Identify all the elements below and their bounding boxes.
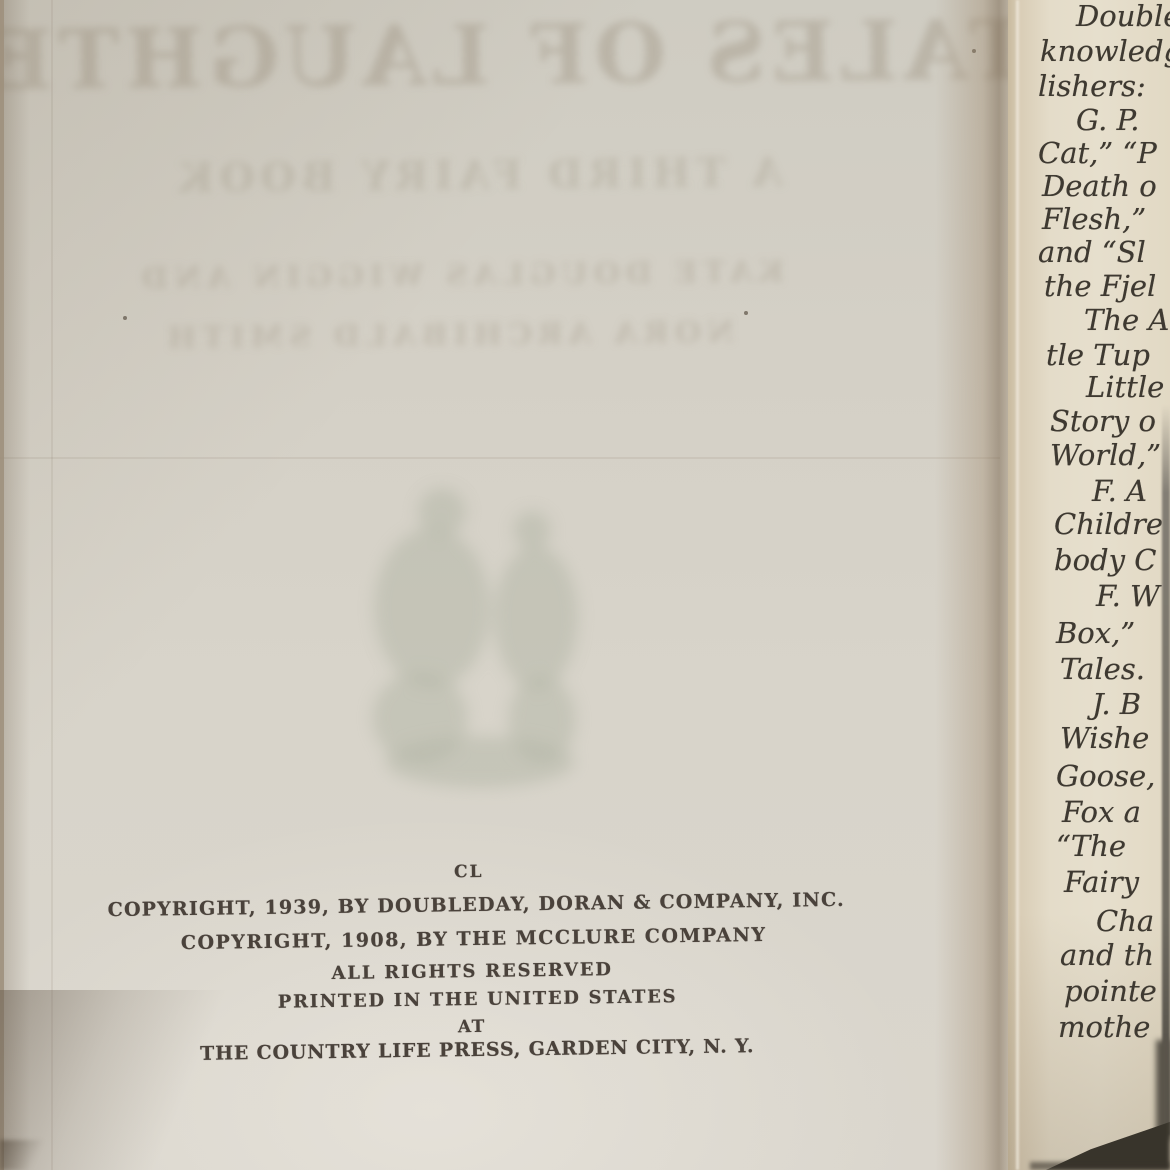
right-page-line: Childre	[1054, 510, 1163, 539]
right-page-line: Wishe	[1060, 724, 1149, 753]
bottom-left-dark-edge	[0, 1140, 46, 1170]
right-page-edge-highlight	[1016, 0, 1019, 1170]
right-page-line: knowledg	[1040, 37, 1170, 66]
right-page-line: Cat,” “P	[1038, 139, 1157, 168]
printed-in-us-line: PRINTED IN THE UNITED STATES	[278, 986, 678, 1013]
copyright-line-1908: COPYRIGHT, 1908, BY THE MCCLURE COMPANY	[181, 924, 767, 954]
right-page-line: Tales.	[1060, 655, 1145, 684]
right-page-line: pointe	[1064, 977, 1157, 1006]
right-page-line: tle Tup	[1046, 341, 1150, 370]
right-page-line: the Fjel	[1044, 272, 1156, 301]
right-page-line: J. B	[1092, 690, 1141, 719]
right-page-line: Goose,	[1056, 762, 1155, 791]
right-page-line: Fairy	[1064, 868, 1139, 897]
right-page-edge-shadow	[1162, 405, 1170, 1135]
right-page-line: F. A	[1092, 477, 1147, 506]
right-page-line: World,”	[1050, 441, 1161, 470]
copyright-line-1939: COPYRIGHT, 1939, BY DOUBLEDAY, DORAN & C…	[108, 889, 845, 921]
printer-key-mark: CL	[454, 862, 484, 882]
right-page-line: Flesh,”	[1042, 205, 1146, 234]
at-line: AT	[458, 1017, 486, 1037]
right-page-line: The A	[1084, 306, 1169, 335]
right-page-line: Double	[1076, 2, 1170, 31]
right-page-line: and th	[1060, 941, 1154, 970]
right-page-line: F. W	[1096, 582, 1160, 611]
right-page-line: Little	[1086, 373, 1164, 402]
right-page-line: Box,”	[1056, 619, 1135, 648]
right-page-line: Cha	[1096, 907, 1154, 936]
bottom-left-corner-shadow	[0, 990, 320, 1170]
right-page-line: “The	[1056, 832, 1126, 861]
all-rights-reserved-line: ALL RIGHTS RESERVED	[331, 959, 612, 984]
right-page-line: body C	[1054, 546, 1156, 575]
right-page-line: Fox a	[1062, 798, 1141, 827]
right-page-line: G. P.	[1076, 106, 1139, 135]
book-photo: TALES OF LAUGHTER A THIRD FAIRY BOOK KAT…	[0, 0, 1170, 1170]
bottom-edge-shadow	[1030, 1162, 1170, 1170]
right-page-line: Story o	[1050, 407, 1156, 436]
right-page-line: Death o	[1042, 172, 1157, 201]
right-page-line: lishers:	[1038, 72, 1146, 101]
right-page-line: and “Sl	[1038, 238, 1146, 267]
right-page-line: mothe	[1058, 1013, 1150, 1042]
